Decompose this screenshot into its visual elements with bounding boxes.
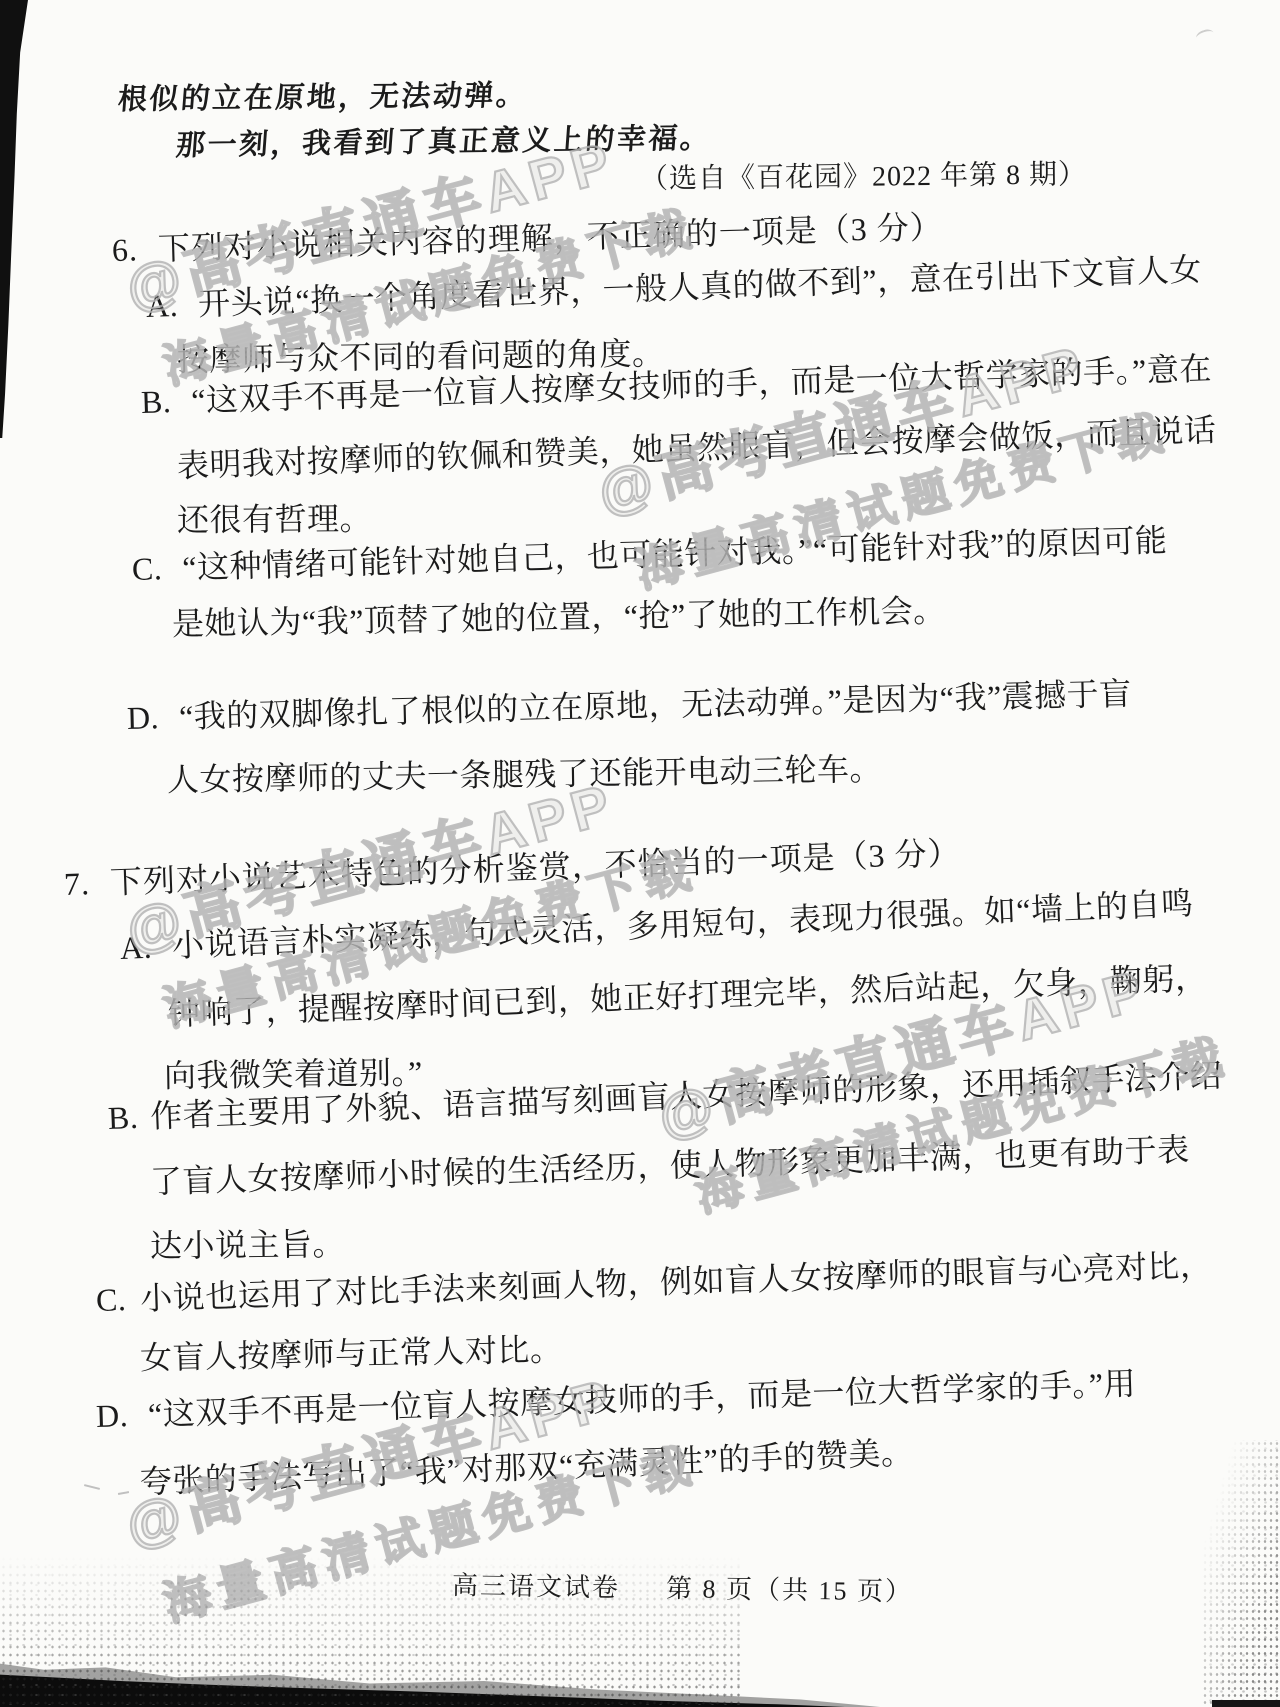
q7-option-c-line-2: 女盲人按摩师与正常人对比。 <box>140 1329 563 1378</box>
pencil-scribble <box>84 1484 100 1490</box>
excerpt-line-1: 根似的立在原地，无法动弹。 <box>116 76 529 120</box>
q7-option-a-line-2: 钟响了，提醒按摩时间已到，她正好打理完毕，然后站起，欠身，鞠躬， <box>167 958 1208 1034</box>
q6-option-d-text: 人女按摩师的丈夫一条腿残了还能开电动三轮车。 <box>167 751 882 798</box>
question-6-stem-text: 下列对小说相关内容的理解，不正确的一项是（3 分） <box>157 209 943 267</box>
q7-option-d-text: “这双手不再是一位盲人按摩女技师的手，而是一位大哲学家的手。”用 <box>148 1365 1137 1432</box>
q6-option-d-line-1: D.“我的双脚像扎了根似的立在原地，无法动弹。”是因为“我”震撼于盲 <box>127 673 1133 738</box>
excerpt-source: （选自《百花园》2022 年第 8 期） <box>640 155 1087 200</box>
q6-option-c-line-2: 是她认为“我”顶替了她的位置，“抢”了她的工作机会。 <box>172 590 946 643</box>
footer-gap <box>620 1596 666 1597</box>
scan-artifact-bottom-shadow <box>0 1645 880 1707</box>
q7-option-d-line-2: 夸张的手法写出了“我”对那双“充满灵性”的手的赞美。 <box>139 1432 914 1502</box>
exam-page: { "excerpt": { "line1": "根似的立在原地，无法动弹。",… <box>0 0 1280 1707</box>
q7-option-a-text: 钟响了，提醒按摩时间已到，她正好打理完毕，然后站起，欠身，鞠躬， <box>167 960 1208 1032</box>
q7-option-b-label: B. <box>107 1097 139 1138</box>
watermark-line2: 海量高清试题免费下载 <box>687 1018 1236 1225</box>
scan-noise-bottom-right <box>1202 1440 1280 1707</box>
q6-option-b-text: 表明我对按摩师的钦佩和赞美，她虽然眼盲，但会按摩会做饭，而且说话 <box>176 412 1217 484</box>
q6-option-b-line-2: 表明我对按摩师的钦佩和赞美，她虽然眼盲，但会按摩会做饭，而且说话 <box>176 410 1217 486</box>
question-6-number: 6. <box>111 229 138 270</box>
excerpt-line-2: 那一刻，我看到了真正意义上的幸福。 <box>175 119 713 167</box>
pencil-scribble <box>118 1491 129 1495</box>
q6-option-c-text: 是她认为“我”顶替了她的位置，“抢”了她的工作机会。 <box>172 592 946 641</box>
q7-option-a-label: A. <box>119 927 153 968</box>
footer-page-number: 第 8 页（共 15 页） <box>666 1574 913 1606</box>
scan-artifact-left-edge <box>0 0 28 438</box>
q6-option-b-text: 还很有哲理。 <box>177 501 372 538</box>
q7-option-a-text: 小说语言朴实凝练，句式灵活，多用短句，表现力很强。如“墙上的自鸣 <box>171 885 1194 964</box>
q7-option-c-text: 女盲人按摩师与正常人对比。 <box>140 1331 563 1376</box>
q6-option-d-line-2: 人女按摩师的丈夫一条腿残了还能开电动三轮车。 <box>167 749 883 800</box>
question-7-stem-text: 下列对小说艺术特色的分析鉴赏，不恰当的一项是（3 分） <box>109 835 961 901</box>
q6-option-d-label: D. <box>127 697 160 738</box>
q7-option-d-text: 夸张的手法写出了“我”对那双“充满灵性”的手的赞美。 <box>139 1434 914 1500</box>
scan-mark-top-right <box>1195 27 1216 43</box>
q7-option-b-text: 了盲人女按摩师小时候的生活经历，使人物形象更加丰满，也更有助于表 <box>149 1131 1190 1200</box>
q7-option-c-label: C. <box>95 1279 127 1320</box>
q6-option-a-label: A. <box>145 285 178 326</box>
question-7-stem: 7.下列对小说艺术特色的分析鉴赏，不恰当的一项是（3 分） <box>63 833 961 904</box>
scan-artifact-bottom-edge <box>0 1662 845 1707</box>
q7-option-b-line-2: 了盲人女按摩师小时候的生活经历，使人物形象更加丰满，也更有助于表 <box>149 1129 1190 1202</box>
q6-option-d-text: “我的双脚像扎了根似的立在原地，无法动弹。”是因为“我”震撼于盲 <box>179 675 1132 734</box>
q6-option-b-label: B. <box>140 381 172 422</box>
question-7-number: 7. <box>63 863 90 904</box>
footer-paper-title: 高三语文试卷 <box>452 1571 620 1602</box>
q7-option-b-line-3: 达小说主旨。 <box>150 1224 345 1266</box>
q6-option-b-line-3: 还很有哲理。 <box>177 499 372 540</box>
q6-option-c-label: C. <box>131 548 162 589</box>
q7-option-b-text: 达小说主旨。 <box>150 1226 345 1264</box>
page-footer: 高三语文试卷第 8 页（共 15 页） <box>452 1566 914 1612</box>
question-6-stem: 6.下列对小说相关内容的理解，不正确的一项是（3 分） <box>111 207 943 270</box>
q7-option-d-label: D. <box>95 1395 128 1436</box>
scan-artifact-bottom-right-corner <box>1212 1700 1280 1707</box>
